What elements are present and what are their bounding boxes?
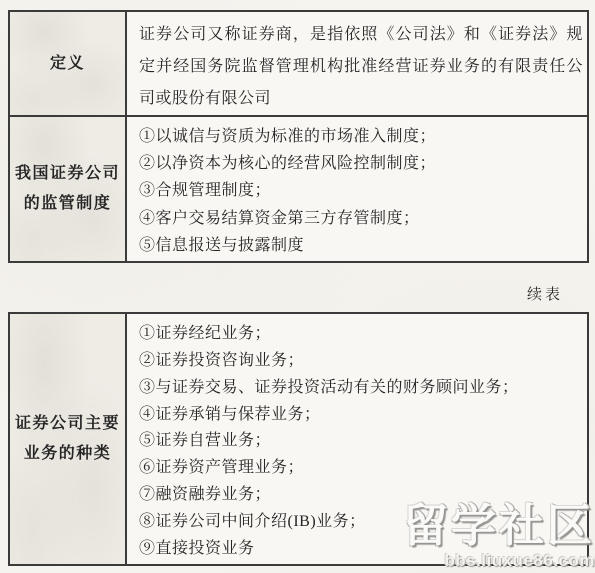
regulation-item: ③合规管理制度；	[139, 177, 583, 200]
regulation-row: 我国证券公司 的监管制度 ①以诚信与资质为标准的市场准入制度； ②以净资本为核心…	[10, 117, 587, 261]
business-types-header-line1: 证券公司主要	[15, 409, 120, 439]
regulation-item: ①以诚信与资质为标准的市场准入制度；	[139, 123, 583, 146]
securities-company-table-part2: 证券公司主要 业务的种类 ①证券经纪业务； ②证券投资咨询业务； ③与证券交易、…	[8, 312, 589, 566]
business-type-item: ⑨直接投资业务	[139, 535, 583, 558]
business-type-item: ①证券经纪业务；	[139, 320, 583, 343]
regulation-item: ④客户交易结算资金第三方存管制度；	[139, 205, 583, 228]
regulation-header-cell: 我国证券公司 的监管制度	[10, 117, 127, 261]
business-types-header-line2: 业务的种类	[24, 439, 112, 469]
regulation-item: ②以净资本为核心的经营风险控制制度；	[139, 150, 583, 173]
scanned-document-page: 定义 证券公司又称证券商，是指依照《公司法》和《证券法》规定并经国务院监督管理机…	[0, 0, 595, 573]
business-types-items-list: ①证券经纪业务； ②证券投资咨询业务； ③与证券交易、证券投资活动有关的财务顾问…	[127, 314, 587, 564]
business-type-item: ⑤证券自营业务；	[139, 427, 583, 450]
business-type-item: ⑧证券公司中间介绍(IB)业务；	[139, 508, 583, 531]
definition-body-cell: 证券公司又称证券商，是指依照《公司法》和《证券法》规定并经国务院监督管理机构批准…	[127, 12, 587, 115]
business-types-body-cell: ①证券经纪业务； ②证券投资咨询业务； ③与证券交易、证券投资活动有关的财务顾问…	[127, 314, 587, 564]
definition-text: 证券公司又称证券商，是指依照《公司法》和《证券法》规定并经国务院监督管理机构批准…	[127, 12, 587, 115]
regulation-items-list: ①以诚信与资质为标准的市场准入制度； ②以净资本为核心的经营风险控制制度； ③合…	[127, 117, 587, 261]
business-type-item: ③与证券交易、证券投资活动有关的财务顾问业务；	[139, 374, 583, 397]
definition-row: 定义 证券公司又称证券商，是指依照《公司法》和《证券法》规定并经国务院监督管理机…	[10, 12, 587, 117]
business-types-row: 证券公司主要 业务的种类 ①证券经纪业务； ②证券投资咨询业务； ③与证券交易、…	[10, 314, 587, 564]
business-types-header-cell: 证券公司主要 业务的种类	[10, 314, 127, 564]
regulation-header-line1: 我国证券公司	[15, 159, 120, 189]
regulation-body-cell: ①以诚信与资质为标准的市场准入制度； ②以净资本为核心的经营风险控制制度； ③合…	[127, 117, 587, 261]
business-type-item: ④证券承销与保荐业务；	[139, 401, 583, 424]
regulation-header-line2: 的监管制度	[24, 189, 112, 219]
business-type-item: ⑥证券资产管理业务；	[139, 454, 583, 477]
definition-header-label: 定义	[50, 49, 85, 79]
business-type-item: ⑦融资融券业务；	[139, 481, 583, 504]
securities-company-table-part1: 定义 证券公司又称证券商，是指依照《公司法》和《证券法》规定并经国务院监督管理机…	[8, 10, 589, 263]
business-type-item: ②证券投资咨询业务；	[139, 347, 583, 370]
continued-table-label: 续表	[527, 283, 563, 304]
definition-header-cell: 定义	[10, 12, 127, 115]
regulation-item: ⑤信息报送与披露制度	[139, 232, 583, 255]
